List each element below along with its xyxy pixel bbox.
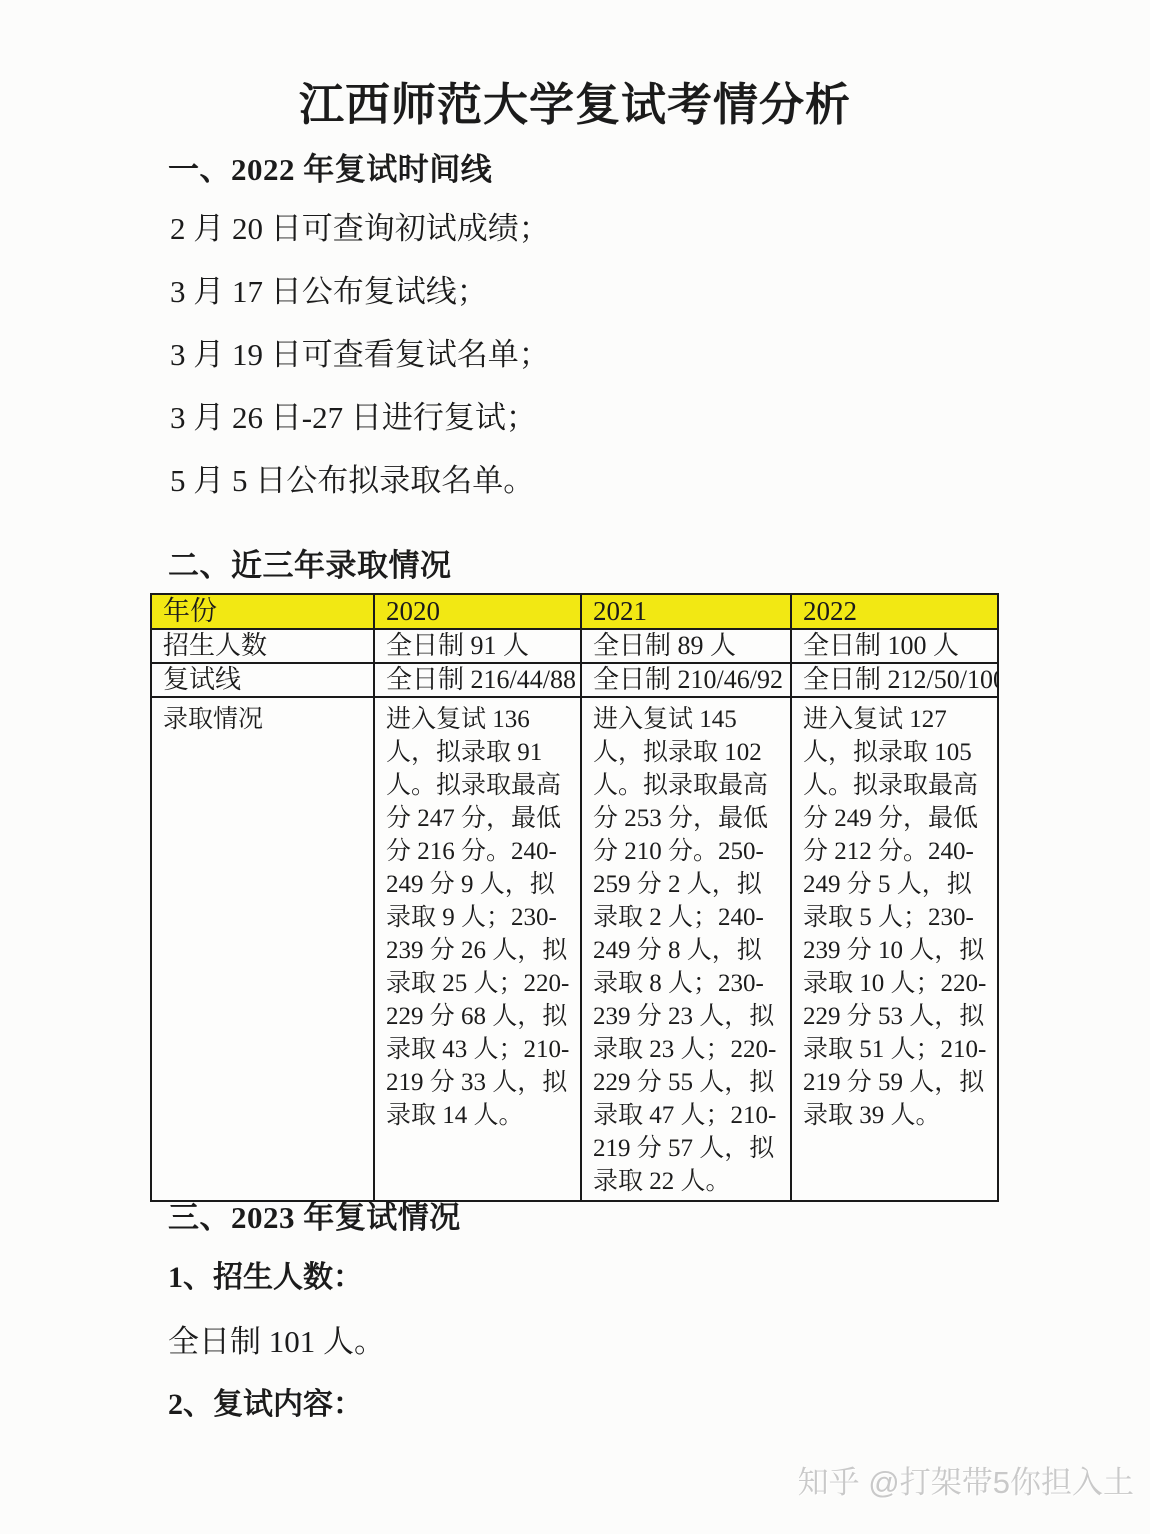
cell-cutoff-2021: 全日制 210/46/92 xyxy=(581,663,791,697)
section-heading-timeline: 一、2022 年复试时间线 xyxy=(168,153,492,187)
cell-enrollment-2022: 全日制 100 人 xyxy=(791,629,998,663)
timeline-list: 2 月 20 日可查询初试成绩； 3 月 17 日公布复试线； 3 月 19 日… xyxy=(170,213,550,496)
cell-detail-2021: 进入复试 145 人，拟录取 102 人。拟录取最高分 253 分，最低分 21… xyxy=(581,697,791,1201)
timeline-item: 3 月 17 日公布复试线； xyxy=(170,276,550,307)
watermark: 知乎 @打架带5你担入土 xyxy=(798,1466,1134,1500)
row-label: 招生人数 xyxy=(151,629,374,663)
cell-cutoff-2020: 全日制 216/44/88 xyxy=(374,663,581,697)
row-label: 复试线 xyxy=(151,663,374,697)
table-row-enrollment: 招生人数 全日制 91 人 全日制 89 人 全日制 100 人 xyxy=(151,629,998,663)
row-label: 录取情况 xyxy=(151,697,374,1201)
section-heading-admissions: 二、近三年录取情况 xyxy=(168,549,452,583)
cell-detail-2020: 进入复试 136 人，拟录取 91 人。拟录取最高分 247 分，最低分 216… xyxy=(374,697,581,1201)
subsection-heading-enrollment: 1、招生人数： xyxy=(168,1262,363,1294)
timeline-item: 3 月 19 日可查看复试名单； xyxy=(170,339,550,370)
header-cell-2020: 2020 xyxy=(374,594,581,629)
header-cell-year: 年份 xyxy=(151,594,374,629)
cell-detail-2022: 进入复试 127 人，拟录取 105 人。拟录取最高分 249 分，最低分 21… xyxy=(791,697,998,1201)
document-page: 江西师范大学复试考情分析 一、2022 年复试时间线 2 月 20 日可查询初试… xyxy=(0,0,1150,1534)
timeline-item: 2 月 20 日可查询初试成绩； xyxy=(170,213,550,244)
header-cell-2021: 2021 xyxy=(581,594,791,629)
admissions-table: 年份 2020 2021 2022 招生人数 全日制 91 人 全日制 89 人… xyxy=(150,593,999,1202)
section-heading-2023: 三、2023 年复试情况 xyxy=(168,1201,461,1235)
table-row-cutoff: 复试线 全日制 216/44/88 全日制 210/46/92 全日制 212/… xyxy=(151,663,998,697)
subsection-heading-content: 2、复试内容： xyxy=(168,1389,363,1421)
table-header-row: 年份 2020 2021 2022 xyxy=(151,594,998,629)
timeline-item: 5 月 5 日公布拟录取名单。 xyxy=(170,465,550,496)
timeline-item: 3 月 26 日-27 日进行复试； xyxy=(170,402,550,433)
cell-enrollment-2020: 全日制 91 人 xyxy=(374,629,581,663)
enrollment-2023-text: 全日制 101 人。 xyxy=(168,1326,385,1358)
cell-enrollment-2021: 全日制 89 人 xyxy=(581,629,791,663)
table-row-admission-detail: 录取情况 进入复试 136 人，拟录取 91 人。拟录取最高分 247 分，最低… xyxy=(151,697,998,1201)
admissions-table-wrap: 年份 2020 2021 2022 招生人数 全日制 91 人 全日制 89 人… xyxy=(150,593,997,1202)
page-title: 江西师范大学复试考情分析 xyxy=(0,80,1150,130)
cell-cutoff-2022: 全日制 212/50/100 xyxy=(791,663,998,697)
header-cell-2022: 2022 xyxy=(791,594,998,629)
